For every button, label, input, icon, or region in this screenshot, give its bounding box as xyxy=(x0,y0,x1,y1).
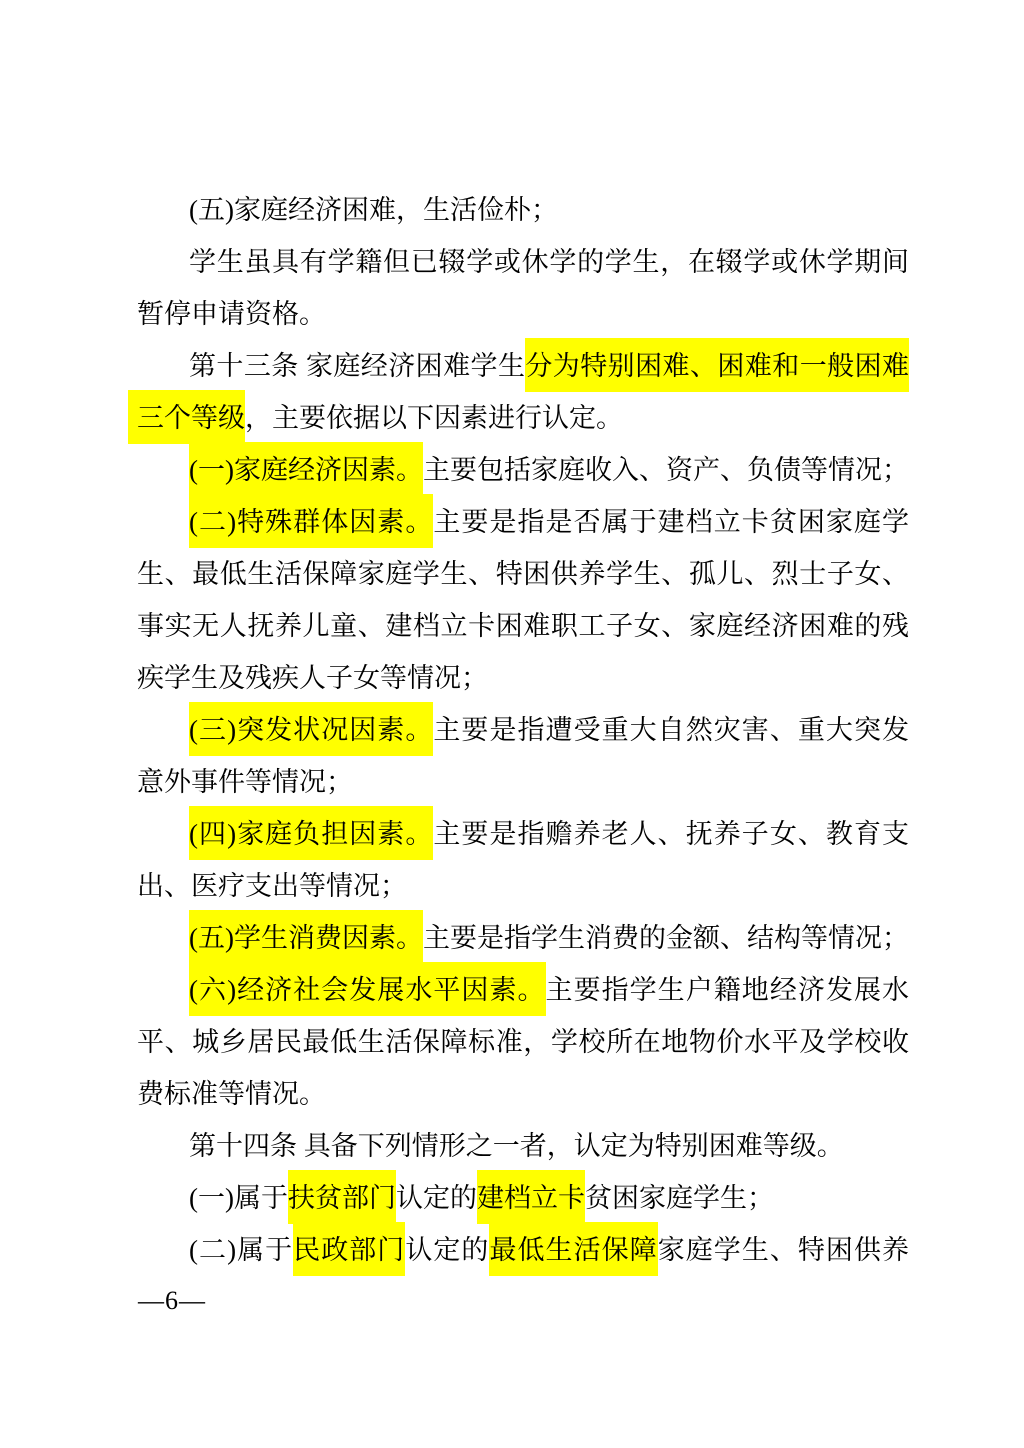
text-line: (二)特殊群体因素。主要是指是否属于建档立卡贫困家庭学 xyxy=(137,496,909,548)
highlighted-text: (三)突发状况因素。 xyxy=(189,702,433,756)
highlighted-text: (四)家庭负担因素。 xyxy=(189,806,433,860)
text-segment: 第十三条 家庭经济困难学生 xyxy=(189,351,525,381)
text-segment: 认定的 xyxy=(405,1235,489,1265)
highlighted-text: 分为特别困难、困难和一般困难 xyxy=(525,338,909,392)
highlighted-text: (二)特殊群体因素。 xyxy=(189,494,433,548)
text-segment: 费标准等情况。 xyxy=(137,1079,326,1109)
text-line: 出、医疗支出等情况； xyxy=(137,860,909,912)
text-line: (四)家庭负担因素。主要是指赡养老人、抚养子女、教育支 xyxy=(137,808,909,860)
text-segment: 贫困家庭学生； xyxy=(585,1183,774,1213)
text-segment: 疾学生及残疾人子女等情况； xyxy=(137,663,488,693)
text-segment: 主要包括家庭收入、资产、负债等情况； xyxy=(423,455,909,485)
highlighted-text: (一)家庭经济因素。 xyxy=(189,442,423,496)
text-line: 生、最低生活保障家庭学生、特困供养学生、孤儿、烈士子女、 xyxy=(137,548,909,600)
text-segment: 学生虽具有学籍但已辍学或休学的学生，在辍学或休学期间 xyxy=(189,247,909,277)
highlighted-text: 三个等级 xyxy=(128,390,245,444)
highlighted-text: 建档立卡 xyxy=(477,1170,585,1224)
document-body: (五)家庭经济困难，生活俭朴；学生虽具有学籍但已辍学或休学的学生，在辍学或休学期… xyxy=(137,184,909,1276)
text-line: (二)属于民政部门认定的最低生活保障家庭学生、特困供养 xyxy=(137,1224,909,1276)
text-line: 第十三条 家庭经济困难学生分为特别困难、困难和一般困难 xyxy=(137,340,909,392)
text-segment: 家庭学生、特困供养 xyxy=(658,1235,909,1265)
highlighted-text: (六)经济社会发展水平因素。 xyxy=(189,962,546,1016)
text-segment: 暂停申请资格。 xyxy=(137,299,326,329)
text-line: (六)经济社会发展水平因素。主要指学生户籍地经济发展水 xyxy=(137,964,909,1016)
text-line: 事实无人抚养儿童、建档立卡困难职工子女、家庭经济困难的残 xyxy=(137,600,909,652)
text-segment: 出、医疗支出等情况； xyxy=(137,871,407,901)
text-line: (一)属于扶贫部门认定的建档立卡贫困家庭学生； xyxy=(137,1172,909,1224)
text-line: (一)家庭经济因素。主要包括家庭收入、资产、负债等情况； xyxy=(137,444,909,496)
highlighted-text: (五)学生消费因素。 xyxy=(189,910,423,964)
text-segment: 主要是指是否属于建档立卡贫困家庭学 xyxy=(433,507,909,537)
text-line: (三)突发状况因素。主要是指遭受重大自然灾害、重大突发 xyxy=(137,704,909,756)
highlighted-text: 扶贫部门 xyxy=(288,1170,396,1224)
text-segment: (二)属于 xyxy=(189,1235,293,1265)
text-line: (五)家庭经济困难，生活俭朴； xyxy=(137,184,909,236)
text-line: 平、城乡居民最低生活保障标准，学校所在地物价水平及学校收 xyxy=(137,1016,909,1068)
text-line: 三个等级，主要依据以下因素进行认定。 xyxy=(137,392,909,444)
text-segment: ，主要依据以下因素进行认定。 xyxy=(245,403,623,433)
text-segment: 主要指学生户籍地经济发展水 xyxy=(546,975,909,1005)
text-segment: (五)家庭经济困难，生活俭朴； xyxy=(189,195,558,225)
text-segment: 事实无人抚养儿童、建档立卡困难职工子女、家庭经济困难的残 xyxy=(137,611,909,641)
document-page: (五)家庭经济困难，生活俭朴；学生虽具有学籍但已辍学或休学的学生，在辍学或休学期… xyxy=(0,0,1024,1448)
text-line: 疾学生及残疾人子女等情况； xyxy=(137,652,909,704)
text-segment: 平、城乡居民最低生活保障标准，学校所在地物价水平及学校收 xyxy=(137,1027,909,1057)
text-line: 学生虽具有学籍但已辍学或休学的学生，在辍学或休学期间 xyxy=(137,236,909,288)
text-line: 意外事件等情况； xyxy=(137,756,909,808)
text-segment: 主要是指遭受重大自然灾害、重大突发 xyxy=(433,715,909,745)
text-line: (五)学生消费因素。主要是指学生消费的金额、结构等情况； xyxy=(137,912,909,964)
text-line: 费标准等情况。 xyxy=(137,1068,909,1120)
text-segment: 认定的 xyxy=(396,1183,477,1213)
text-line: 暂停申请资格。 xyxy=(137,288,909,340)
page-number: —6— xyxy=(138,1275,206,1327)
text-segment: 主要是指学生消费的金额、结构等情况； xyxy=(423,923,909,953)
text-segment: 生、最低生活保障家庭学生、特困供养学生、孤儿、烈士子女、 xyxy=(137,559,909,589)
text-segment: 第十四条 具备下列情形之一者，认定为特别困难等级。 xyxy=(189,1131,844,1161)
highlighted-text: 民政部门 xyxy=(293,1222,405,1276)
text-segment: (一)属于 xyxy=(189,1183,288,1213)
text-segment: 主要是指赡养老人、抚养子女、教育支 xyxy=(433,819,909,849)
highlighted-text: 最低生活保障 xyxy=(489,1222,657,1276)
text-line: 第十四条 具备下列情形之一者，认定为特别困难等级。 xyxy=(137,1120,909,1172)
text-segment: 意外事件等情况； xyxy=(137,767,353,797)
